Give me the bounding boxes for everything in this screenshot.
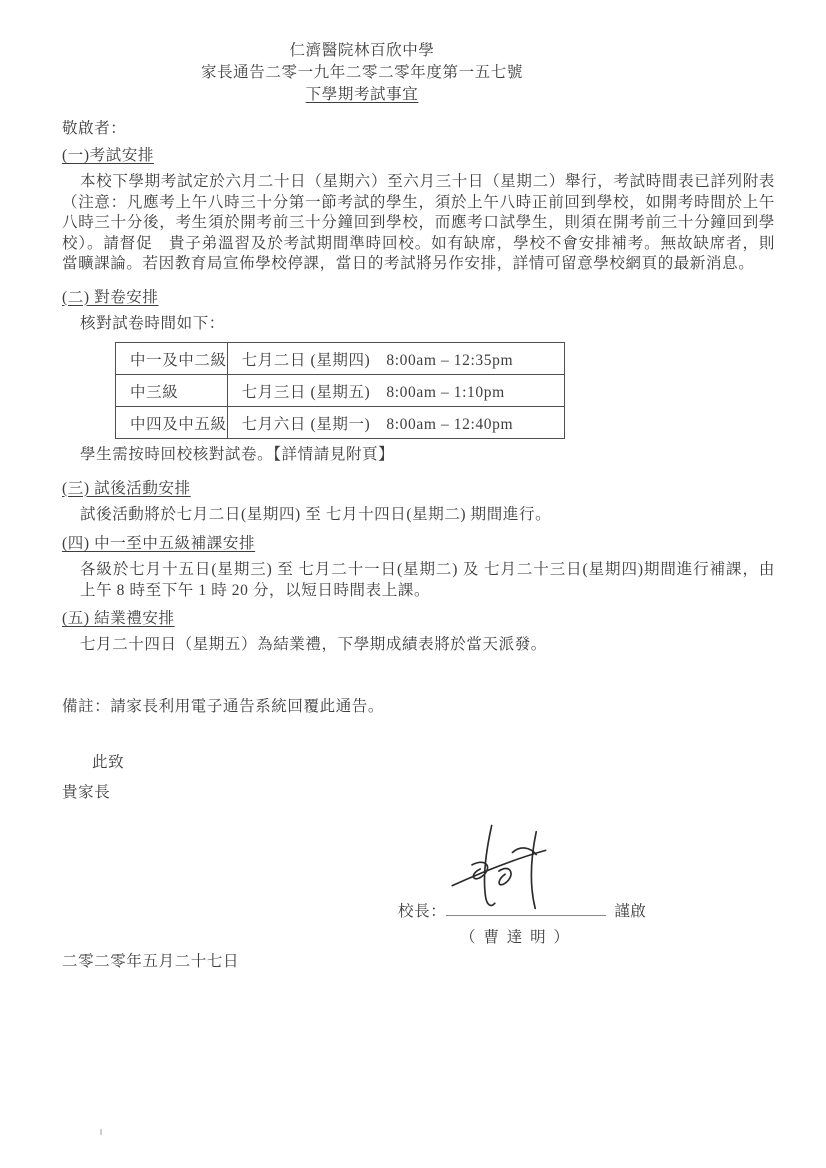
school-name: 仁濟醫院林百欣中學 xyxy=(62,40,662,62)
notice-subject: 下學期考試事宜 xyxy=(306,84,419,106)
section2-note: 學生需按時回校核對試卷。【詳情請見附頁】 xyxy=(80,445,775,466)
signature-row: 校長：謹啟 xyxy=(398,899,647,921)
document-date: 二零二零年五月二十七日 xyxy=(62,951,775,972)
section4-heading: (四) 中一至中五級補課安排 xyxy=(62,533,775,554)
section1-body: 本校下學期考試定於六月二十日（星期六）至六月三十日（星期二）舉行，考試時間表已詳… xyxy=(62,172,775,275)
table-row-f1-f2: 中一及中二級 七月二日 (星期四) 8:00am – 12:35pm xyxy=(116,343,565,375)
principal-name: （ 曹 達 明 ） xyxy=(460,925,571,947)
closing-salute: 此致 xyxy=(92,752,775,773)
remark-line: 備註：請家長利用電子通告系統回覆此通告。 xyxy=(62,696,775,717)
scan-artifact-speck xyxy=(100,1129,102,1135)
date-time-cell: 七月二日 (星期四) 8:00am – 12:35pm xyxy=(227,343,564,375)
check-time-intro: 核對試卷時間如下： xyxy=(80,314,775,335)
salutation: 敬啟者： xyxy=(62,118,775,140)
section1-heading: (一)考試安排 xyxy=(62,145,775,166)
respectfully-label: 謹啟 xyxy=(614,903,646,920)
date-time-cell: 七月三日 (星期五) 8:00am – 1:10pm xyxy=(227,375,564,407)
signature-line xyxy=(446,901,606,916)
notice-document: 仁濟醫院林百欣中學 家長通告二零一九年二零二零年度第一五七號 下學期考試事宜 敬… xyxy=(0,0,826,1168)
table-row-f3: 中三級 七月三日 (星期五) 8:00am – 1:10pm xyxy=(116,375,565,407)
section5-body: 七月二十四日（星期五）為結業禮，下學期成績表將於當天派發。 xyxy=(80,635,775,656)
class-level-cell: 中一及中二級 xyxy=(116,343,228,375)
signature-area: 校長：謹啟 （ 曹 達 明 ） xyxy=(62,825,775,947)
notice-number: 家長通告二零一九年二零二零年度第一五七號 xyxy=(62,62,662,84)
table-row-f4-f5: 中四及中五級 七月六日 (星期一) 8:00am – 12:40pm xyxy=(116,407,565,439)
closing-recipient: 貴家長 xyxy=(62,782,775,803)
date-time-cell: 七月六日 (星期一) 8:00am – 12:40pm xyxy=(227,407,564,439)
section5-heading: (五) 結業禮安排 xyxy=(62,608,775,629)
class-level-cell: 中三級 xyxy=(116,375,228,407)
principal-label: 校長： xyxy=(398,903,446,920)
class-level-cell: 中四及中五級 xyxy=(116,407,228,439)
section3-body: 試後活動將於七月二日(星期四) 至 七月十四日(星期二) 期間進行。 xyxy=(80,505,775,526)
document-header: 仁濟醫院林百欣中學 家長通告二零一九年二零二零年度第一五七號 下學期考試事宜 xyxy=(62,40,662,106)
section3-heading: (三) 試後活動安排 xyxy=(62,478,775,499)
section4-body: 各級於七月十五日(星期三) 至 七月二十一日(星期二) 及 七月二十三日(星期四… xyxy=(80,560,775,601)
paper-check-schedule-table: 中一及中二級 七月二日 (星期四) 8:00am – 12:35pm 中三級 七… xyxy=(115,342,565,439)
section2-heading: (二) 對卷安排 xyxy=(62,287,775,308)
